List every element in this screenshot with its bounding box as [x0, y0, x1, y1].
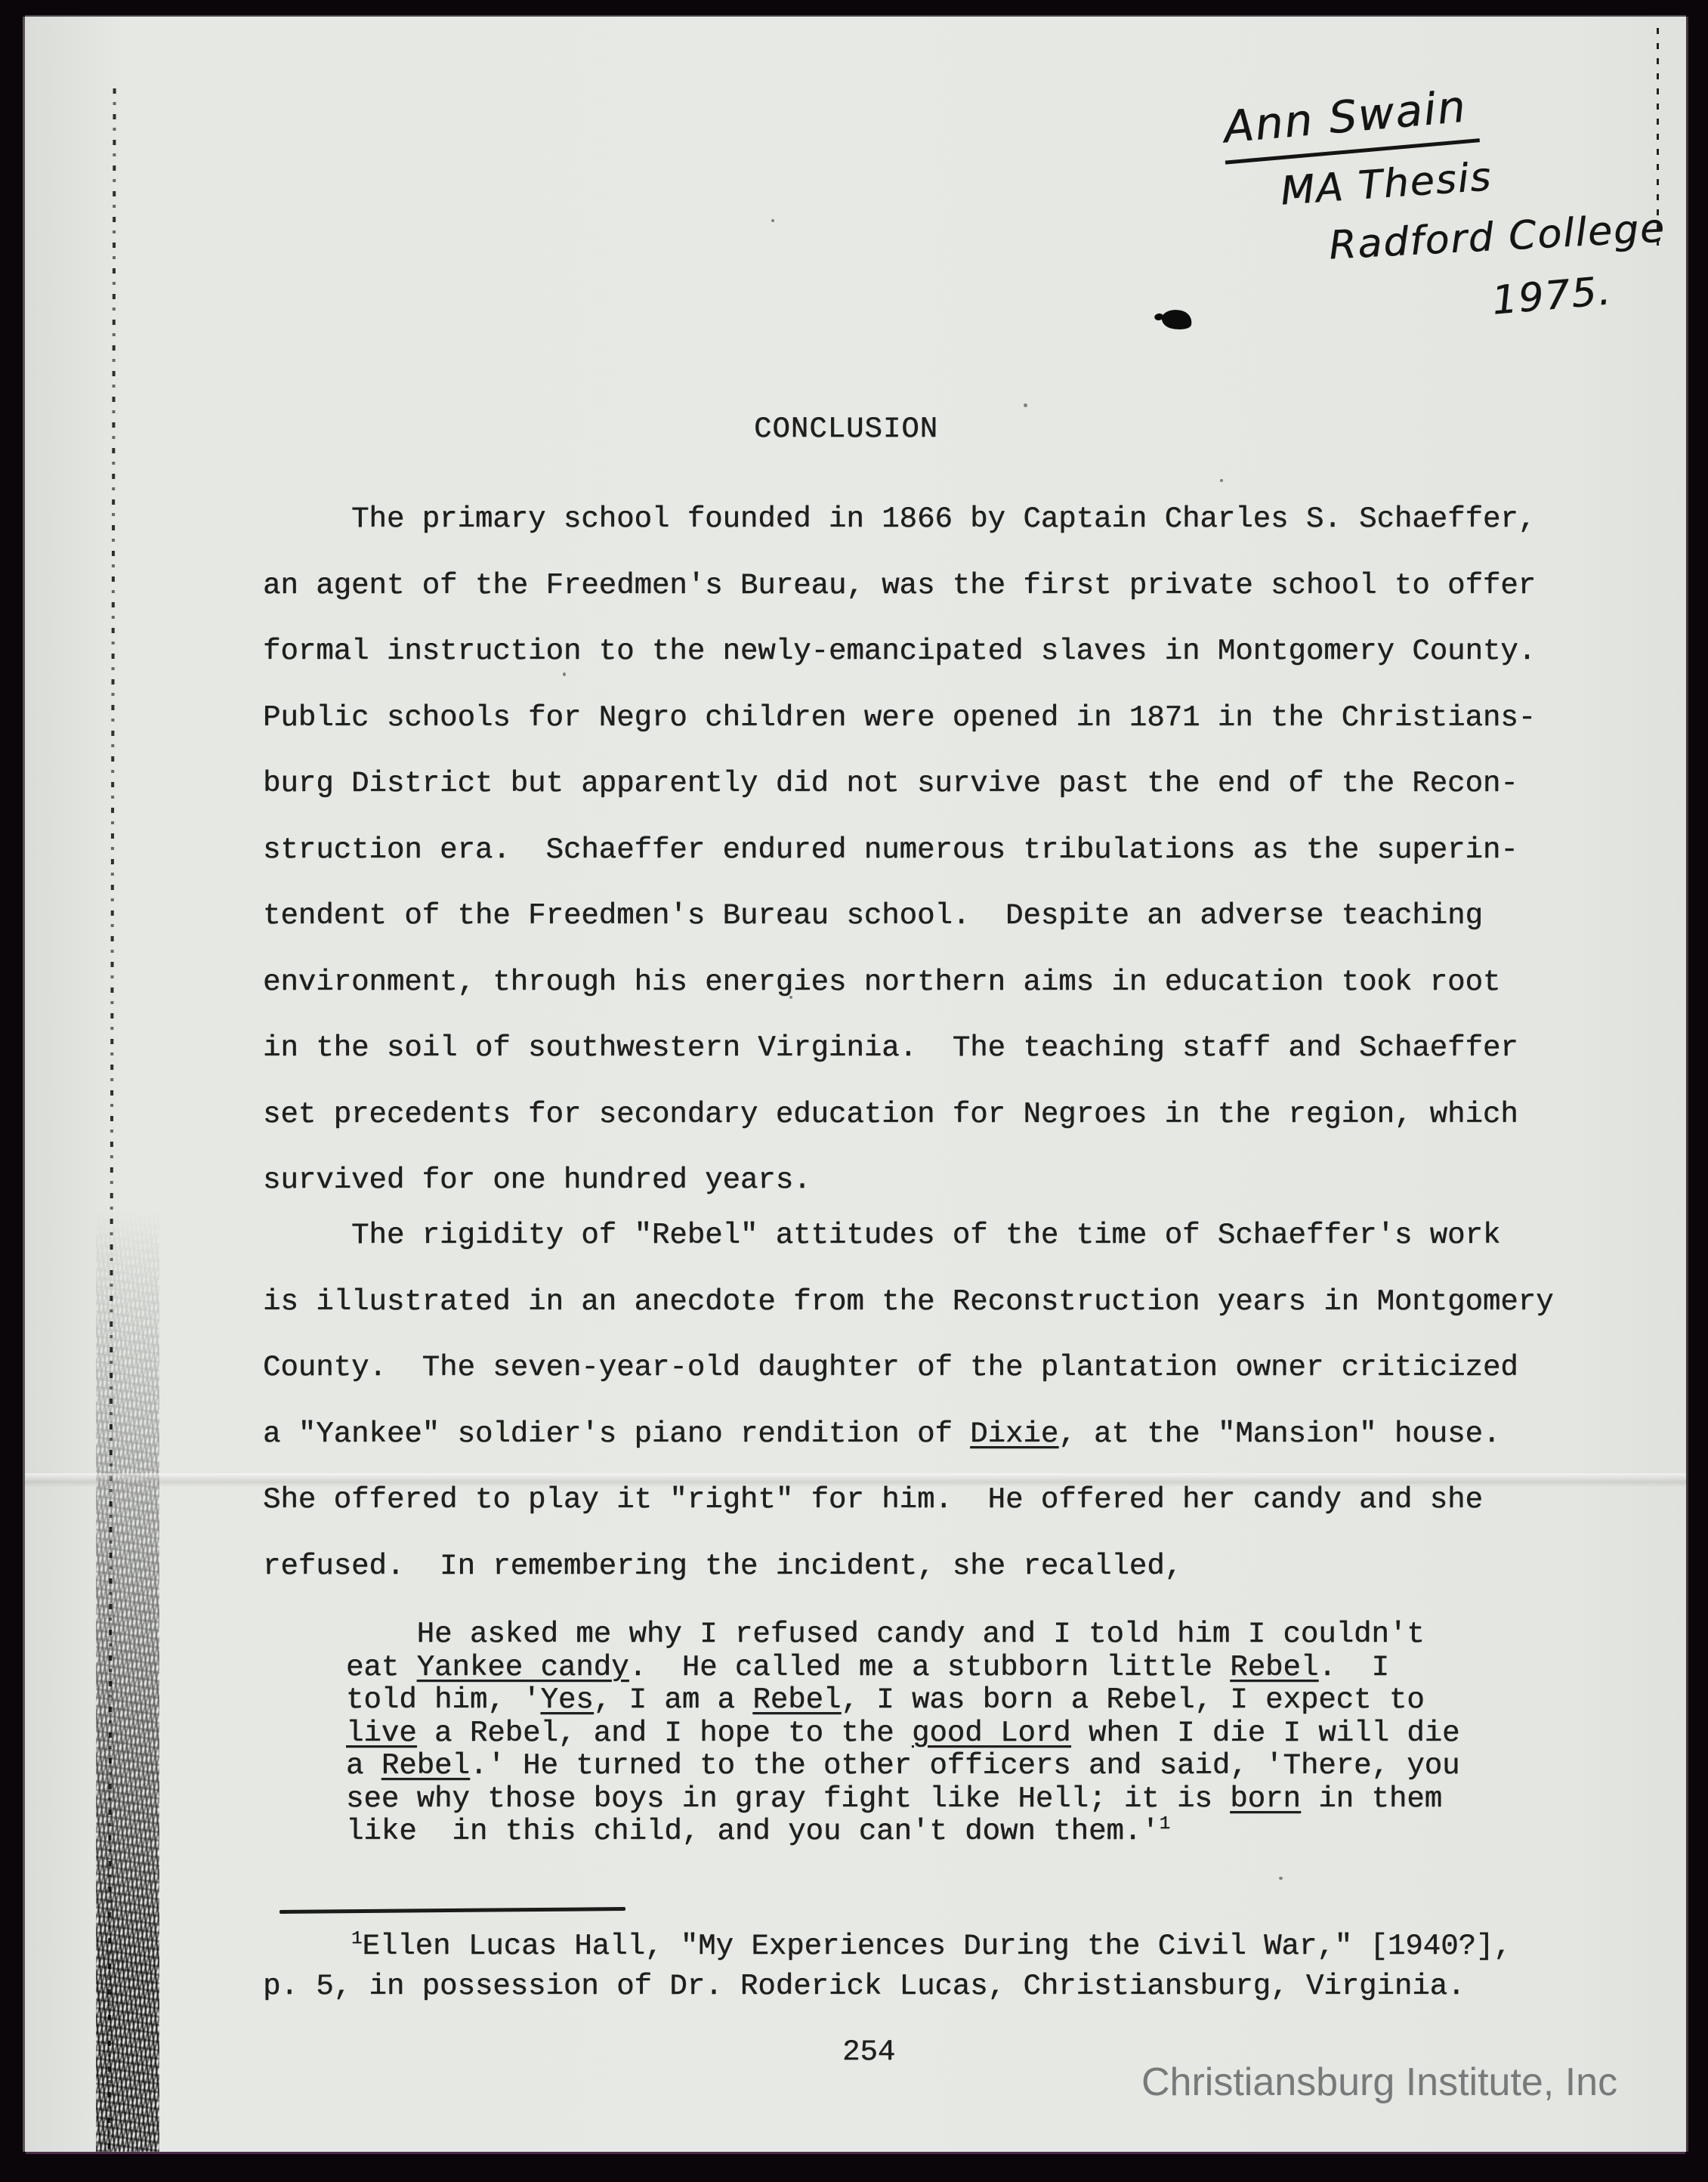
text-segment: . I: [1318, 1651, 1389, 1684]
underlined-text: Rebel: [381, 1749, 470, 1782]
text-segment: The rigidity of "Rebel" attitudes of the…: [263, 1219, 1500, 1252]
text-segment: The primary school founded in 1866 by Ca…: [263, 502, 1536, 536]
footnote-marker: 1: [351, 1929, 362, 1949]
typed-line: environment, through his energies northe…: [263, 950, 1536, 1016]
text-segment: , at the "Mansion" house.: [1058, 1417, 1500, 1451]
text-segment: a: [346, 1749, 381, 1782]
typed-line: is illustrated in an anecdote from the R…: [263, 1269, 1553, 1336]
typed-line: live a Rebel, and I hope to the good Lor…: [346, 1717, 1459, 1751]
text-segment: set precedents for secondary education f…: [263, 1098, 1518, 1131]
text-segment: p. 5, in possession of Dr. Roderick Luca…: [263, 1970, 1465, 2003]
underlined-text: born: [1230, 1782, 1301, 1816]
block-quotation: He asked me why I refused candy and I to…: [346, 1618, 1459, 1849]
paragraph-1: The primary school founded in 1866 by Ca…: [263, 487, 1536, 1214]
typed-line: The rigidity of "Rebel" attitudes of the…: [263, 1203, 1553, 1269]
typed-line: formal instruction to the newly-emancipa…: [263, 619, 1536, 685]
typed-line: p. 5, in possession of Dr. Roderick Luca…: [263, 1967, 1512, 2007]
typed-line: a "Yankee" soldier's piano rendition of …: [263, 1402, 1553, 1468]
text-segment: [263, 1930, 351, 1963]
typed-line: He asked me why I refused candy and I to…: [346, 1618, 1459, 1652]
text-segment: when I die I will die: [1071, 1717, 1460, 1750]
typed-line: Public schools for Negro children were o…: [263, 685, 1536, 752]
text-segment: Public schools for Negro children were o…: [263, 701, 1536, 734]
text-segment: a "Yankee" soldier's piano rendition of: [263, 1417, 970, 1451]
text-segment: Ellen Lucas Hall, "My Experiences During…: [362, 1930, 1511, 1963]
typed-line: set precedents for secondary education f…: [263, 1082, 1536, 1148]
underlined-text: Rebel: [752, 1683, 841, 1717]
typed-line: told him, 'Yes, I am a Rebel, I was born…: [346, 1684, 1459, 1717]
text-segment: an agent of the Freedmen's Bureau, was t…: [263, 569, 1536, 602]
text-segment: .' He turned to the other officers and s…: [470, 1749, 1460, 1782]
typed-line: a Rebel.' He turned to the other officer…: [346, 1750, 1459, 1783]
text-segment: formal instruction to the newly-emancipa…: [263, 635, 1536, 668]
typed-line: in the soil of southwestern Virginia. Th…: [263, 1015, 1536, 1082]
text-segment: refused. In remembering the incident, sh…: [263, 1550, 1182, 1583]
typed-line: burg District but apparently did not sur…: [263, 751, 1536, 817]
footnote-marker: 1: [1160, 1814, 1170, 1834]
text-segment: He asked me why I refused candy and I to…: [346, 1618, 1425, 1651]
text-segment: She offered to play it "right" for him. …: [263, 1483, 1483, 1516]
underlined-text: Yankee candy: [417, 1651, 629, 1684]
typed-line: an agent of the Freedmen's Bureau, was t…: [263, 553, 1536, 620]
text-segment: see why those boys in gray fight like He…: [346, 1782, 1230, 1816]
typed-line: tendent of the Freedmen's Bureau school.…: [263, 883, 1536, 950]
scan-speck: [1279, 1877, 1283, 1880]
paragraph-2: The rigidity of "Rebel" attitudes of the…: [263, 1203, 1553, 1599]
handwritten-college-note: Radford College: [1328, 206, 1667, 268]
text-segment: , I am a: [594, 1683, 753, 1717]
underlined-text: Rebel: [1230, 1651, 1318, 1684]
typed-line: She offered to play it "right" for him. …: [263, 1467, 1553, 1534]
text-segment: in the soil of southwestern Virginia. Th…: [263, 1031, 1518, 1065]
archive-watermark: Christiansburg Institute, Inc: [1141, 2060, 1693, 2105]
binding-edge-smudge: [96, 1210, 159, 2152]
typed-line: eat Yankee candy. He called me a stubbor…: [346, 1652, 1459, 1685]
underlined-text: good Lord: [912, 1717, 1071, 1750]
scan-speck: [1024, 403, 1027, 407]
text-segment: County. The seven-year-old daughter of t…: [263, 1351, 1518, 1384]
chapter-title: CONCLUSION: [754, 413, 938, 446]
text-segment: told him, ': [346, 1683, 540, 1717]
handwritten-author-name: Ann Swain: [1220, 79, 1480, 164]
text-segment: . He called me a stubborn little: [629, 1651, 1230, 1684]
text-segment: survived for one hundred years.: [263, 1164, 811, 1197]
scanned-document-view: { "document": { "annotation": { "line1":…: [0, 0, 1708, 2182]
paper-sheet: Ann Swain MA Thesis Radford College 1975…: [25, 17, 1686, 2152]
scan-speck: [771, 219, 774, 222]
typed-line: 1Ellen Lucas Hall, "My Experiences Durin…: [263, 1927, 1512, 1967]
text-segment: environment, through his energies northe…: [263, 966, 1500, 999]
text-segment: , I was born a Rebel, I expect to: [841, 1683, 1424, 1717]
text-segment: eat: [346, 1651, 417, 1684]
text-segment: a Rebel, and I hope to the: [417, 1717, 912, 1750]
ink-blob: [1160, 307, 1194, 332]
text-segment: struction era. Schaeffer endured numerou…: [263, 833, 1518, 867]
underlined-text: Dixie: [970, 1417, 1058, 1451]
footnote: 1Ellen Lucas Hall, "My Experiences Durin…: [263, 1927, 1512, 2007]
underlined-text: Yes: [540, 1683, 593, 1717]
handwritten-thesis-note: MA Thesis: [1279, 154, 1493, 214]
typed-line: see why those boys in gray fight like He…: [346, 1783, 1459, 1816]
typed-line: refused. In remembering the incident, sh…: [263, 1534, 1553, 1600]
text-segment: like in this child, and you can't down t…: [346, 1815, 1160, 1848]
text-segment: is illustrated in an anecdote from the R…: [263, 1285, 1553, 1318]
text-segment: in them: [1301, 1782, 1442, 1816]
scan-speck: [1220, 479, 1223, 482]
typed-line: County. The seven-year-old daughter of t…: [263, 1335, 1553, 1402]
text-segment: burg District but apparently did not sur…: [263, 767, 1518, 800]
underlined-text: live: [346, 1717, 417, 1750]
page-number: 254: [842, 2035, 895, 2069]
typed-line: like in this child, and you can't down t…: [346, 1816, 1459, 1849]
typed-line: struction era. Schaeffer endured numerou…: [263, 817, 1536, 884]
handwritten-year-note: 1975.: [1490, 268, 1614, 324]
text-segment: tendent of the Freedmen's Bureau school.…: [263, 899, 1483, 932]
footnote-separator-line: [280, 1907, 625, 1914]
typed-line: The primary school founded in 1866 by Ca…: [263, 487, 1536, 553]
